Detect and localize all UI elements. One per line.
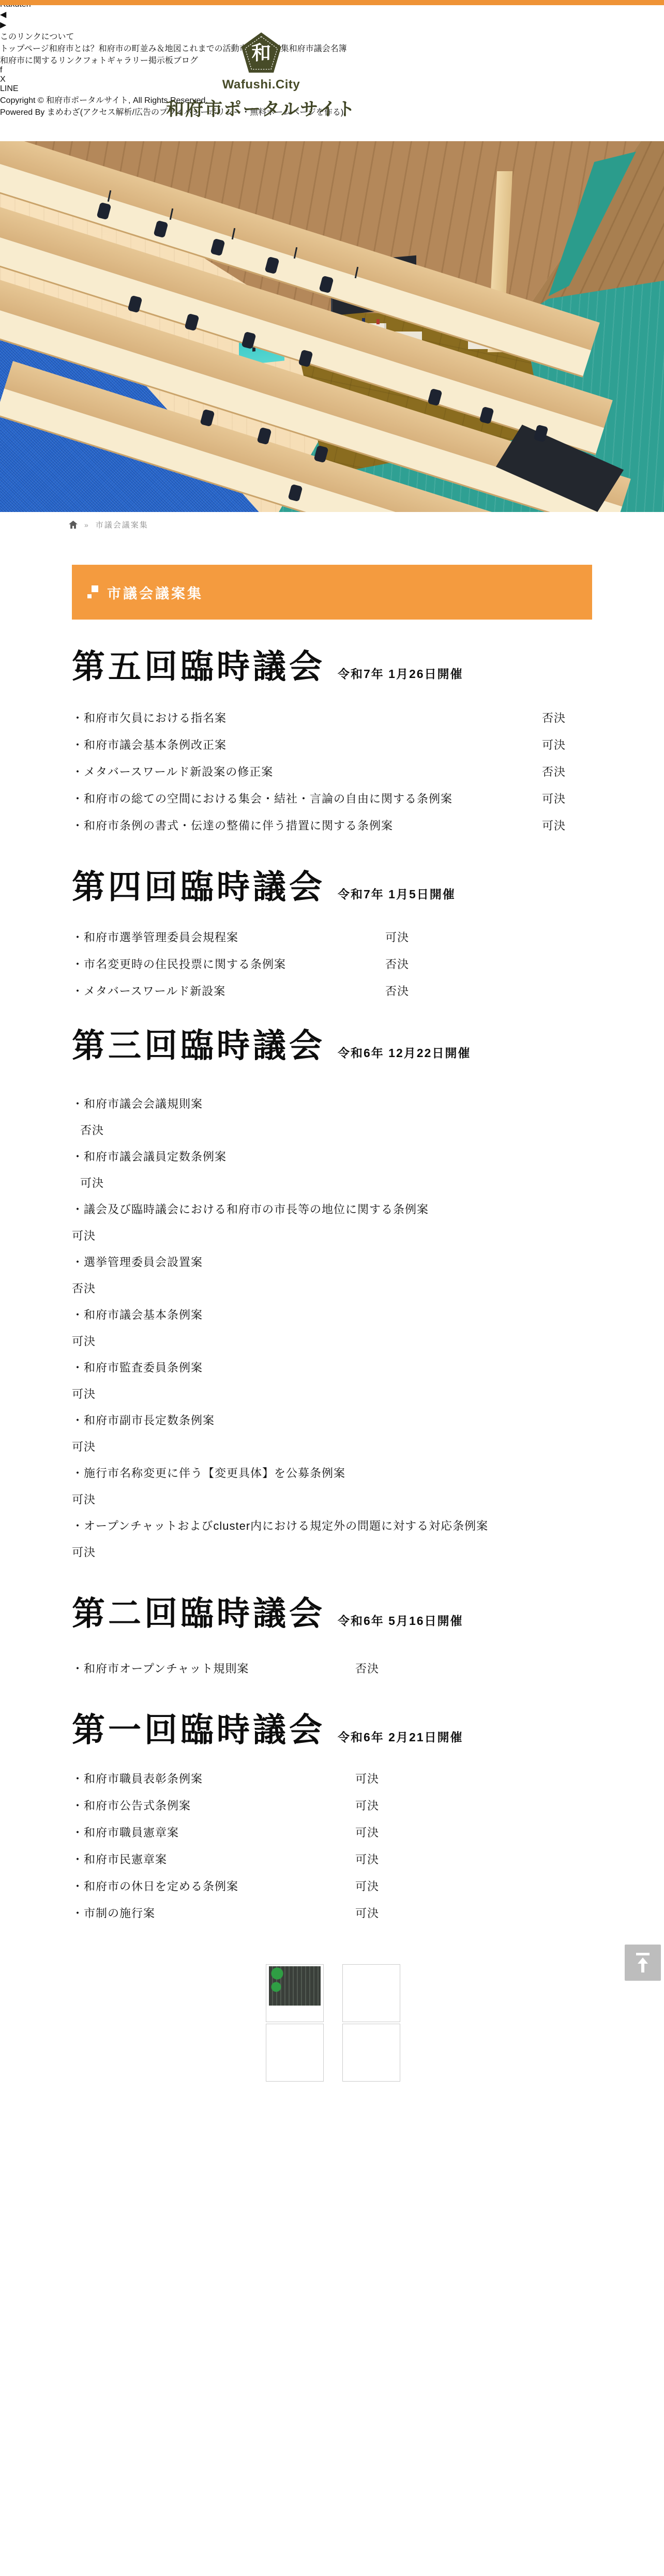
bill-item: ・和府市欠員における指名案否決 <box>72 705 592 732</box>
bill-status: 否決 <box>385 951 409 978</box>
session-date: 令和6年 2月21日開催 <box>338 1728 463 1745</box>
bill-item: ・オープンチャットおよびcluster内における規定外の問題に対する対応条例案 <box>72 1513 592 1539</box>
bill-label: ・和府市職員憲章案 <box>72 1826 179 1839</box>
bill-label: ・和府市公告式条例案 <box>72 1799 191 1812</box>
bill-status: 可決 <box>72 1328 592 1354</box>
home-icon[interactable] <box>68 520 78 529</box>
bill-status: 可決 <box>355 1819 379 1846</box>
bill-label: ・和府市オープンチャット規則案 <box>72 1662 249 1675</box>
logo-kanji: 和 <box>251 42 271 64</box>
bill-label: ・和府市議会議員定数条例案 <box>72 1150 227 1163</box>
bill-status: 否決 <box>385 978 409 1005</box>
bill-item: ・和府市職員憲章案可決 <box>72 1819 592 1846</box>
bill-item: ・和府市職員表彰条例案可決 <box>72 1766 592 1792</box>
ad-thumbnail-cell[interactable] <box>342 1964 400 2022</box>
breadcrumb: » 市議会議案集 <box>68 519 148 530</box>
bill-status: 可決 <box>542 786 566 812</box>
bill-status: 否決 <box>542 705 566 732</box>
session-item-list: ・和府市選挙管理委員会規程案可決・市名変更時の住民投票に関する条例案否決・メタバ… <box>72 924 592 1005</box>
bill-status: 可決 <box>355 1792 379 1819</box>
ad-thumbnail-cell[interactable] <box>342 2024 400 2082</box>
bill-item: ・和府市議会議員定数条例案 <box>72 1143 592 1170</box>
session-item-list: ・和府市議会会議規則案否決・和府市議会議員定数条例案可決・議会及び臨時議会におけ… <box>72 1091 592 1565</box>
bill-item: ・和府市の総ての空間における集会・結社・言論の自由に関する条例案可決 <box>72 786 592 812</box>
highrise-hotel-photo <box>269 1966 321 2006</box>
banner-pixel-arrow-icon <box>87 585 99 599</box>
bill-item: ・市名変更時の住民投票に関する条例案否決 <box>72 951 592 978</box>
ad-prev-button[interactable]: ◀ <box>0 9 664 20</box>
bill-status: 可決 <box>72 1539 592 1565</box>
bill-label: ・メタバースワールド新設案 <box>72 985 225 998</box>
night-hotel-photo <box>269 2037 321 2068</box>
session-date: 令和7年 1月26日開催 <box>338 665 463 682</box>
bill-status: 否決 <box>542 759 566 786</box>
resort-towers-photo <box>345 1966 397 2006</box>
bill-label: ・施行市名称変更に伴う【変更具体】を公募条例案 <box>72 1467 345 1480</box>
bill-label: ・和府市議会基本条例案 <box>72 1308 203 1321</box>
bill-label: ・和府市条例の書式・伝達の整備に伴う措置に関する条例案 <box>72 819 393 832</box>
bill-label: ・オープンチャットおよびcluster内における規定外の問題に対する対応条例案 <box>72 1519 488 1532</box>
x-icon-glyph: X <box>0 75 6 84</box>
bill-status: 可決 <box>72 1170 592 1196</box>
bill-item: ・和府市民憲章案可決 <box>72 1846 592 1873</box>
breadcrumb-separator: » <box>84 521 89 529</box>
bill-label: ・メタバースワールド新設案の修正案 <box>72 765 273 778</box>
bill-item: ・市制の施行案可決 <box>72 1900 592 1927</box>
footer-nav-item[interactable]: 和府市に関するリンク <box>0 56 83 65</box>
footer-nav-item[interactable]: フォトギャラリー <box>83 56 148 65</box>
session-title: 第四回臨時議会 <box>72 867 325 907</box>
bill-status: 否決 <box>72 1275 592 1302</box>
bill-label: ・和府市選挙管理委員会規程案 <box>72 931 238 944</box>
bill-label: ・市制の施行案 <box>72 1907 155 1920</box>
hero-prop <box>376 319 380 324</box>
bill-label: ・和府市の総ての空間における集会・結社・言論の自由に関する条例案 <box>72 792 452 805</box>
line-icon-glyph: LINE <box>0 84 19 93</box>
bill-item: ・和府市条例の書式・伝達の整備に伴う措置に関する条例案可決 <box>72 812 592 839</box>
bill-label: ・和府市欠員における指名案 <box>72 712 227 725</box>
bill-item: ・和府市副市長定数条例案 <box>72 1407 592 1434</box>
site-name-en: Wafushi.City <box>166 78 356 92</box>
footer-nav-item[interactable]: 和府市とは？ <box>49 44 99 53</box>
bill-item: ・メタバースワールド新設案否決 <box>72 978 592 1005</box>
bill-status: 可決 <box>542 812 566 839</box>
back-to-top-button[interactable] <box>625 1945 661 1981</box>
ad-thumbnail-cell[interactable] <box>266 2024 324 2082</box>
bill-label: ・議会及び臨時議会における和府市の市長等の地位に関する条例案 <box>72 1203 429 1216</box>
bill-status: 可決 <box>355 1846 379 1873</box>
bill-status: 可決 <box>355 1873 379 1900</box>
session-title: 第二回臨時議会 <box>72 1593 325 1634</box>
session-date: 令和7年 1月5日開催 <box>338 885 456 902</box>
ad-next-button[interactable]: ▶ <box>0 20 664 30</box>
session-item-list: ・和府市欠員における指名案否決・和府市議会基本条例改正案可決・メタバースワールド… <box>72 705 592 839</box>
copyright-site-link[interactable]: 和府市ポータルサイト <box>46 96 128 105</box>
city-logo-icon[interactable]: 和 <box>240 31 282 74</box>
breadcrumb-current[interactable]: 市議会議案集 <box>96 519 148 530</box>
bill-label: ・和府市民憲章案 <box>72 1853 167 1866</box>
bill-item: ・和府市議会基本条例案 <box>72 1302 592 1328</box>
bill-item: ・和府市の休日を定める条例案可決 <box>72 1873 592 1900</box>
ad-thumbnail-grid <box>266 1964 400 2082</box>
bill-status: 可決 <box>385 924 409 951</box>
session-item-list: ・和府市職員表彰条例案可決・和府市公告式条例案可決・和府市職員憲章案可決・和府市… <box>72 1766 592 1927</box>
session-title: 第一回臨時議会 <box>72 1710 325 1750</box>
bill-item: ・議会及び臨時議会における和府市の市長等の地位に関する条例案 <box>72 1196 592 1223</box>
bill-status: 可決 <box>72 1223 592 1249</box>
bill-label: ・和府市職員表彰条例案 <box>72 1772 203 1785</box>
bill-status: 否決 <box>355 1655 379 1682</box>
hero-metaverse-chamber-image <box>0 141 664 512</box>
bill-item: ・和府市議会基本条例改正案可決 <box>72 732 592 759</box>
bill-item: ・メタバースワールド新設案の修正案否決 <box>72 759 592 786</box>
bill-status: 否決 <box>72 1117 592 1143</box>
bill-item: ・和府市選挙管理委員会規程案可決 <box>72 924 592 951</box>
page-title: 市議会議案集 <box>107 582 203 602</box>
bill-status: 可決 <box>72 1381 592 1407</box>
bill-status: 可決 <box>355 1766 379 1792</box>
bill-status: 可決 <box>355 1900 379 1927</box>
top-accent-bar <box>0 0 664 5</box>
bill-label: ・和府市副市長定数条例案 <box>72 1414 215 1427</box>
facebook-icon-glyph: f <box>0 66 2 74</box>
footer-nav-item[interactable]: トップページ <box>0 44 49 53</box>
session-title: 第五回臨時議会 <box>72 646 325 687</box>
beach-coast-photo <box>345 2037 397 2068</box>
bill-status: 可決 <box>72 1434 592 1460</box>
bill-status: 可決 <box>542 732 566 759</box>
bill-item: ・和府市公告式条例案可決 <box>72 1792 592 1819</box>
session-date: 令和6年 5月16日開催 <box>338 1611 463 1629</box>
bill-label: ・市名変更時の住民投票に関する条例案 <box>72 958 286 971</box>
bill-label: ・和府市議会会議規則案 <box>72 1097 203 1110</box>
bill-item: ・和府市オープンチャット規則案否決 <box>72 1655 592 1682</box>
bill-status: 可決 <box>72 1486 592 1513</box>
bill-item: ・施行市名称変更に伴う【変更具体】を公募条例案 <box>72 1460 592 1486</box>
site-header: 和 Wafushi.City 和府市ポータルサイト <box>166 31 356 121</box>
bill-label: ・和府市監査委員条例案 <box>72 1361 203 1374</box>
page-title-banner: 市議会議案集 <box>72 565 592 620</box>
bill-label: ・和府市議会基本条例改正案 <box>72 739 227 751</box>
bill-label: ・和府市の休日を定める条例案 <box>72 1880 238 1893</box>
bill-item: ・選挙管理委員会設置案 <box>72 1249 592 1275</box>
ad-thumbnail-cell[interactable] <box>266 1964 324 2022</box>
session-item-list: ・和府市オープンチャット規則案否決 <box>72 1655 592 1682</box>
bill-item: ・和府市監査委員条例案 <box>72 1354 592 1381</box>
bill-item: ・和府市議会会議規則案 <box>72 1091 592 1117</box>
page: 和 Wafushi.City 和府市ポータルサイト <box>0 0 664 2576</box>
session-date: 令和6年 12月22日開催 <box>338 1044 471 1061</box>
session-title: 第三回臨時議会 <box>72 1026 325 1066</box>
copyright-prefix: Copyright © <box>0 96 46 105</box>
bill-label: ・選挙管理委員会設置案 <box>72 1256 203 1269</box>
site-title: 和府市ポータルサイト <box>166 95 356 121</box>
